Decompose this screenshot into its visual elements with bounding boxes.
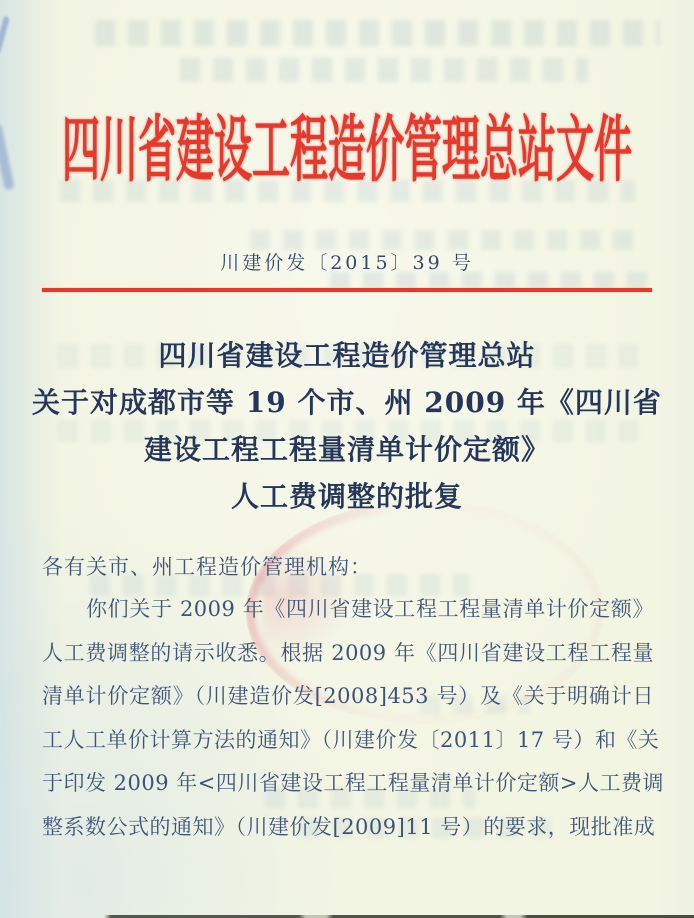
letterhead-banner: 四川省建设工程造价管理总站文件 — [0, 100, 694, 200]
salutation-line: 各有关市、州工程造价管理机构： — [42, 551, 654, 581]
body-text-line: 工人工单价计算方法的通知》（川建价发〔2011〕17 号）和《关 — [42, 719, 654, 763]
document-title: 四川省建设工程造价管理总站 关于对成都市等 19 个市、州 2009 年《四川省… — [22, 332, 672, 520]
document-title-line: 关于对成都市等 19 个市、州 2009 年《四川省 — [22, 379, 672, 426]
body-text-line: 清单计价定额》（川建造价发[2008]453 号）及《关于明确计日 — [42, 675, 654, 719]
body-text-line: 人工费调整的请示收悉。根据 2009 年《四川省建设工程工程量 — [42, 632, 654, 676]
document-title-line: 建设工程工程量清单计价定额》 — [22, 426, 672, 473]
body-text-line: 于印发 2009 年<四川省建设工程工程量清单计价定额>人工费调 — [42, 762, 654, 806]
document-title-line: 人工费调整的批复 — [22, 473, 672, 520]
letterhead-title: 四川省建设工程造价管理总站文件 — [62, 55, 632, 245]
red-divider-rule — [42, 288, 652, 292]
body-text-line: 整系数公式的通知》（川建价发[2009]11 号）的要求，现批准成 — [42, 806, 654, 850]
bleed-through-line — [95, 20, 660, 46]
scan-edge-mark — [0, 16, 10, 54]
body-text-line: 你们关于 2009 年《四川省建设工程工程量清单计价定额》 — [42, 588, 654, 632]
body-paragraph: 你们关于 2009 年《四川省建设工程工程量清单计价定额》 人工费调整的请示收悉… — [42, 588, 654, 849]
scanned-document-page: 四川省建设工程造价管理总站文件 川建价发〔2015〕39 号 四川省建设工程造价… — [0, 0, 694, 918]
document-number: 川建价发〔2015〕39 号 — [0, 248, 694, 275]
document-title-line: 四川省建设工程造价管理总站 — [22, 332, 672, 379]
